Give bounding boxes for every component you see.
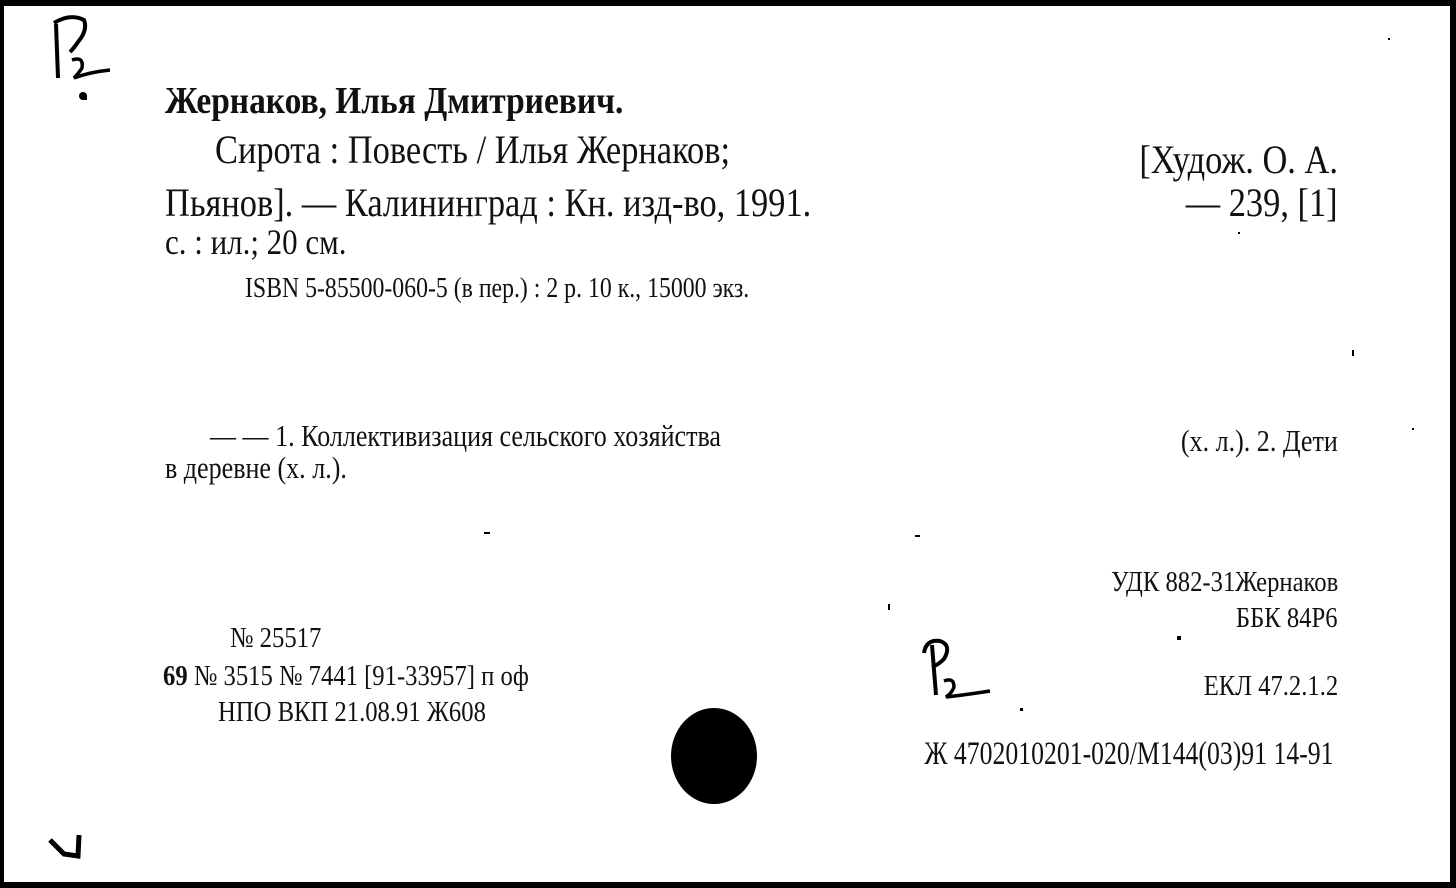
print-line-text: № 3515 № 7441 [91-33957] п оф (194, 660, 529, 692)
illustrator-statement: [Худож. О. А. (1139, 140, 1338, 180)
speck (82, 95, 87, 100)
record-number: № 25517 (230, 624, 321, 653)
handwritten-p2-mark-center-icon (918, 633, 998, 708)
print-line-prefix: 69 (163, 660, 188, 692)
speck (915, 535, 920, 537)
card-punch-hole (671, 708, 757, 804)
publisher-line: НПО ВКП 21.08.91 Ж608 (218, 698, 486, 727)
title-statement: Сирота : Повесть / Илья Жернаков; (215, 130, 730, 170)
handwritten-p2-mark-icon (40, 8, 130, 103)
handwritten-checkmark-icon (44, 830, 84, 870)
speck (1020, 708, 1023, 711)
card-border-right (1450, 0, 1456, 888)
speck (1177, 636, 1181, 640)
speck (1352, 350, 1354, 356)
speck (1412, 428, 1414, 430)
subject-headings-line1: — — 1. Коллективизация сельского хозяйст… (210, 420, 721, 451)
page-count: — 239, [1] (1186, 183, 1338, 223)
print-line: 69 № 3515 № 7441 [91-33957] п оф (163, 662, 529, 691)
ekl-classification: ЕКЛ 47.2.1.2 (1204, 672, 1338, 701)
card-border-bottom (0, 882, 1456, 888)
author-heading: Жернаков, Илья Дмитриевич. (165, 82, 623, 120)
speck (888, 604, 890, 610)
imprint-statement: Пьянов]. — Калининград : Кн. изд-во, 199… (165, 183, 811, 223)
card-border-left (0, 0, 4, 888)
bbk-classification: ББК 84Р6 (1236, 604, 1338, 633)
subject-headings-line1-end: (х. л.). 2. Дети (1181, 425, 1338, 456)
subject-headings-line2: в деревне (х. л.). (165, 452, 347, 483)
physical-description: с. : ил.; 20 см. (165, 224, 346, 260)
isbn-line: ISBN 5-85500-060-5 (в пер.) : 2 р. 10 к.… (245, 274, 749, 303)
speck (1238, 232, 1240, 234)
udk-classification: УДК 882-31Жернаков (1111, 568, 1338, 597)
speck (484, 532, 490, 534)
card-border-top (0, 0, 1456, 6)
bbk-code: Ж 4702010201-020/М144(03)91 14-91 (925, 738, 1334, 771)
speck (1388, 38, 1390, 40)
